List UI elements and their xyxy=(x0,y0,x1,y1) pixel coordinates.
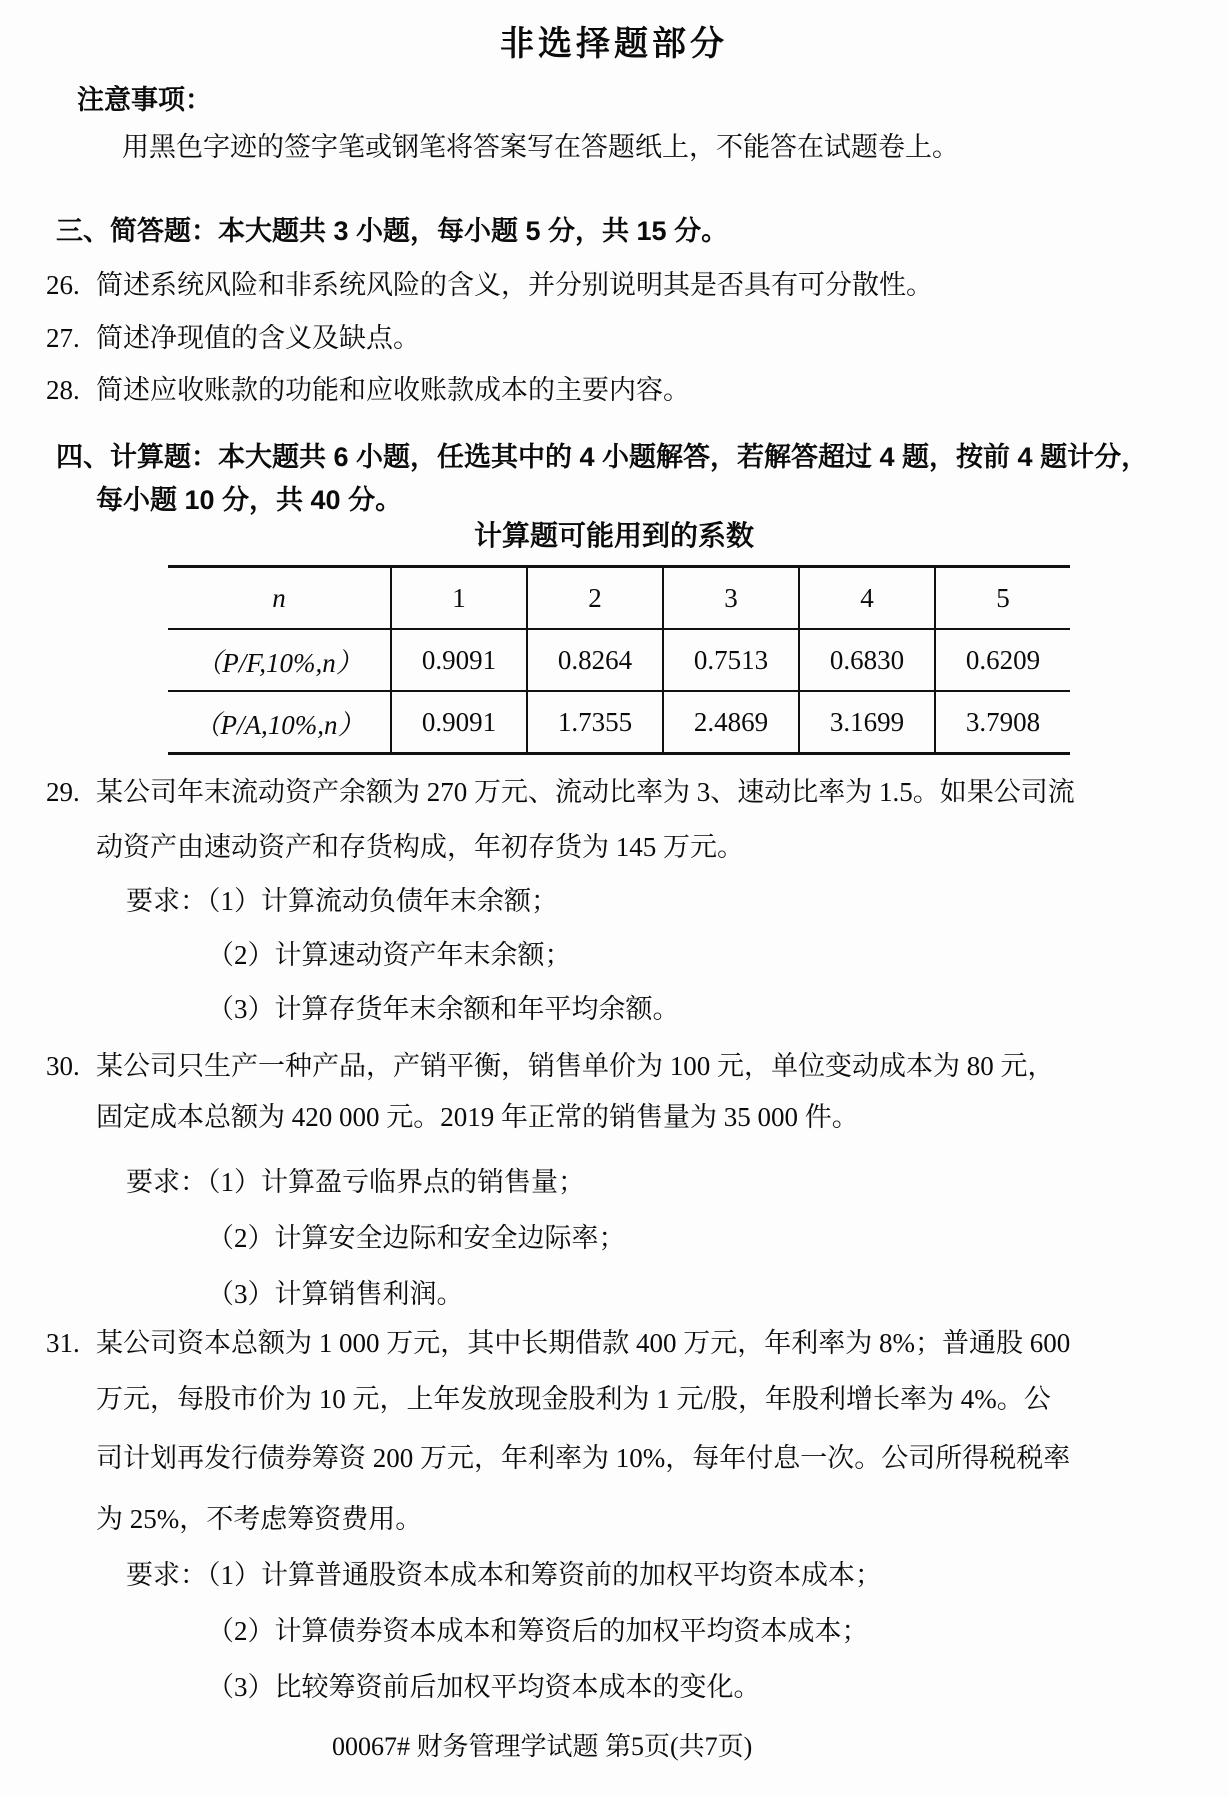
notice-label: 注意事项： xyxy=(77,84,212,116)
question-26: 26.简述系统风险和非系统风险的含义，并分别说明其是否具有可分散性。 xyxy=(46,269,933,301)
question-29-number: 29. xyxy=(46,776,96,808)
question-30-req1: 要求：（1）计算盈亏临界点的销售量； xyxy=(126,1166,585,1198)
table-header-cell: 5 xyxy=(935,567,1070,630)
table-cell: 0.7513 xyxy=(663,629,799,691)
table-header-cell: 1 xyxy=(391,567,527,630)
question-30-text: 某公司只生产一种产品，产销平衡，销售单价为 100 元，单位变动成本为 80 元… xyxy=(96,1051,1055,1081)
section4-heading-line2: 每小题 10 分，共 40 分。 xyxy=(96,484,402,516)
section3-heading: 三、简答题：本大题共 3 小题，每小题 5 分，共 15 分。 xyxy=(56,215,728,247)
table-cell: 0.9091 xyxy=(391,629,527,691)
table-cell: 1.7355 xyxy=(527,691,663,754)
question-27: 27.简述净现值的含义及缺点。 xyxy=(46,322,420,354)
table-row-pa: （P/A,10%,n） 0.9091 1.7355 2.4869 3.1699 … xyxy=(168,691,1070,754)
page-title: 非选择题部分 xyxy=(0,16,1228,65)
question-31-req1: 要求：（1）计算普通股资本成本和筹资前的加权平均资本成本； xyxy=(126,1559,882,1591)
exam-page: { "page": { "title": "非选择题部分", "footer":… xyxy=(0,0,1228,1797)
question-31-req2: （2）计算债券资本成本和筹资后的加权平均资本成本； xyxy=(207,1615,869,1647)
question-31-text: 某公司资本总额为 1 000 万元，其中长期借款 400 万元，年利率为 8%；… xyxy=(96,1328,1070,1358)
question-30-req2: （2）计算安全边际和安全边际率； xyxy=(207,1222,626,1254)
question-28-text: 简述应收账款的功能和应收账款成本的主要内容。 xyxy=(96,375,690,405)
question-31-number: 31. xyxy=(46,1327,96,1359)
table-cell: 0.8264 xyxy=(527,629,663,691)
question-26-number: 26. xyxy=(46,269,96,301)
question-26-text: 简述系统风险和非系统风险的含义，并分别说明其是否具有可分散性。 xyxy=(96,270,933,300)
table-header-cell: n xyxy=(168,567,391,630)
question-27-text: 简述净现值的含义及缺点。 xyxy=(96,323,420,353)
question-31-line3: 司计划再发行债券筹资 200 万元，年利率为 10%，每年付息一次。公司所得税税… xyxy=(96,1442,1070,1474)
table-header-cell: 2 xyxy=(527,567,663,630)
question-29-req3: （3）计算存货年末余额和年平均余额。 xyxy=(207,993,680,1025)
coefficient-table: n 1 2 3 4 5 （P/F,10%,n） 0.9091 0.8264 0.… xyxy=(168,565,1070,755)
table-cell: 2.4869 xyxy=(663,691,799,754)
table-header-cell: 3 xyxy=(663,567,799,630)
question-28: 28.简述应收账款的功能和应收账款成本的主要内容。 xyxy=(46,374,690,406)
table-header-row: n 1 2 3 4 5 xyxy=(168,567,1070,630)
table-cell: 0.6209 xyxy=(935,629,1070,691)
section4-heading-line1: 四、计算题：本大题共 6 小题，任选其中的 4 小题解答，若解答超过 4 题，按… xyxy=(56,441,1148,473)
page-footer: 00067# 财务管理学试题 第5页(共7页) xyxy=(332,1726,752,1763)
question-30-number: 30. xyxy=(46,1050,96,1082)
question-31-line4: 为 25%，不考虑筹资费用。 xyxy=(96,1503,422,1535)
question-31-line1: 31.某公司资本总额为 1 000 万元，其中长期借款 400 万元，年利率为 … xyxy=(46,1327,1070,1359)
question-28-number: 28. xyxy=(46,374,96,406)
table-cell: 3.1699 xyxy=(799,691,935,754)
question-31-line2: 万元，每股市价为 10 元，上年发放现金股利为 1 元/股，年股利增长率为 4%… xyxy=(96,1383,1051,1415)
question-30-line1: 30.某公司只生产一种产品，产销平衡，销售单价为 100 元，单位变动成本为 8… xyxy=(46,1050,1055,1082)
question-29-line1: 29.某公司年末流动资产余额为 270 万元、流动比率为 3、速动比率为 1.5… xyxy=(46,776,1075,808)
question-29-text: 某公司年末流动资产余额为 270 万元、流动比率为 3、速动比率为 1.5。如果… xyxy=(96,777,1075,807)
notice-text: 用黑色字迹的签字笔或钢笔将答案写在答题纸上，不能答在试题卷上。 xyxy=(122,131,959,163)
question-29-req1: 要求：（1）计算流动负债年末余额； xyxy=(126,885,558,917)
question-29-line2: 动资产由速动资产和存货构成，年初存货为 145 万元。 xyxy=(96,831,744,863)
table-cell: 0.6830 xyxy=(799,629,935,691)
table-cell: 3.7908 xyxy=(935,691,1070,754)
table-header-cell: 4 xyxy=(799,567,935,630)
table-row-label: （P/F,10%,n） xyxy=(168,629,391,691)
question-30-line2: 固定成本总额为 420 000 元。2019 年正常的销售量为 35 000 件… xyxy=(96,1101,859,1133)
question-27-number: 27. xyxy=(46,322,96,354)
question-29-req2: （2）计算速动资产年末余额； xyxy=(207,939,572,971)
table-row-label: （P/A,10%,n） xyxy=(168,691,391,754)
table-cell: 0.9091 xyxy=(391,691,527,754)
question-31-req3: （3）比较筹资前后加权平均资本成本的变化。 xyxy=(207,1671,761,1703)
question-30-req3: （3）计算销售利润。 xyxy=(207,1278,464,1310)
table-row-pf: （P/F,10%,n） 0.9091 0.8264 0.7513 0.6830 … xyxy=(168,629,1070,691)
coefficient-table-title: 计算题可能用到的系数 xyxy=(168,514,1060,554)
